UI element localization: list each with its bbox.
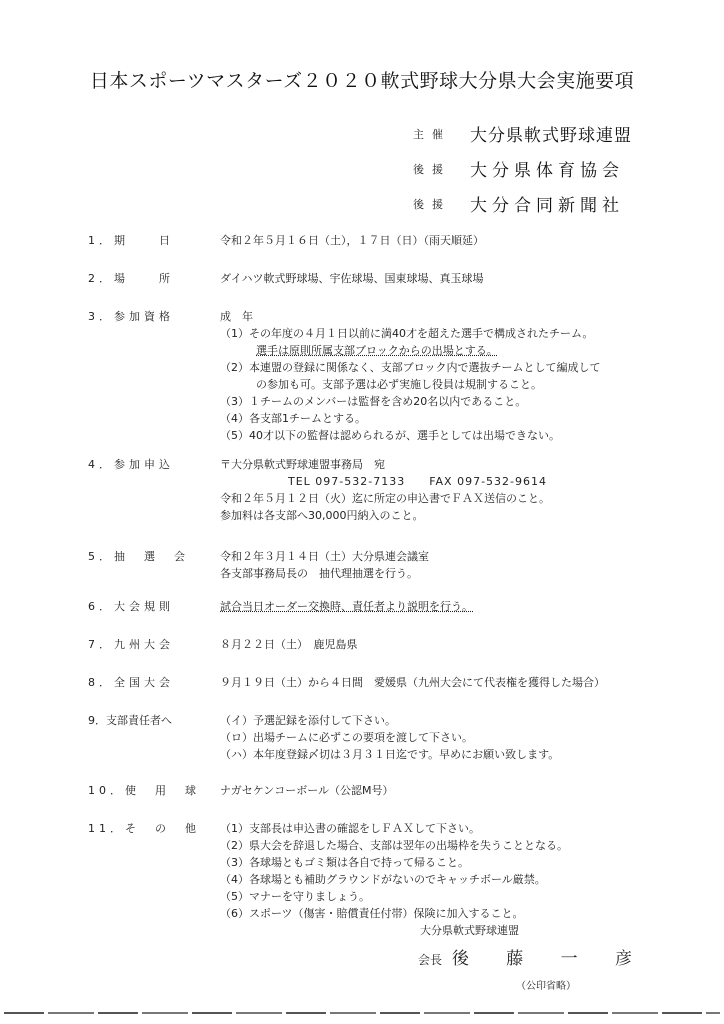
item-line: （イ）予選記録を添付して下さい。 bbox=[220, 712, 688, 729]
item-body: ナガセケンコーボール（公認M号） bbox=[220, 782, 688, 820]
item-eligibility: 3．参加資格 成 年 （1）その年度の４月１日以前に満40才を超えた選手で構成さ… bbox=[88, 308, 688, 456]
signature-block: 会長 後 藤 一 彦 bbox=[418, 944, 648, 969]
item-body: 令和２年５月１６日（土），１７日（日）（雨天順延） bbox=[220, 232, 688, 270]
item-line: 令和２年３月１４日（土）大分県連会議室 bbox=[220, 548, 688, 565]
item-line: （ロ）出場チームに必ずこの要項を渡して下さい。 bbox=[220, 729, 688, 746]
signature-name: 後 藤 一 彦 bbox=[452, 949, 648, 969]
item-application: 4．参加申込 〒大分県軟式野球連盟事務局 宛 TEL 097-532-7133 … bbox=[88, 456, 688, 548]
item-label: 10．使 用 球 bbox=[88, 782, 220, 820]
item-line: （ハ）本年度登録〆切は３月３１日迄です。早めにお願い致します。 bbox=[220, 746, 688, 763]
item-line: （4）各球場とも補助グラウンドがないのでキャッチボール厳禁。 bbox=[220, 871, 688, 888]
item-label: 7．九州大会 bbox=[88, 636, 220, 674]
item-body: 試合当日オーダー交換時、責任者より説明を行う。 bbox=[220, 598, 688, 636]
contact-line: TEL 097-532-7133 FAX 097-532-9614 bbox=[220, 473, 688, 490]
sponsor-row-supporter-2: 後援 大分合同新聞社 bbox=[413, 186, 673, 221]
item-kyushu: 7．九州大会 ８月２２日（土） 鹿児島県 bbox=[88, 636, 688, 674]
sponsor-row-supporter-1: 後援 大分県体育協会 bbox=[413, 151, 673, 186]
item-body: ダイハツ軟式野球場、宇佐球場、国東球場、真玉球場 bbox=[220, 270, 688, 308]
item-line: （3）１チームのメンバーは監督を含め20名以内であること。 bbox=[220, 393, 688, 410]
item-line: ナガセケンコーボール（公認M号） bbox=[220, 782, 688, 799]
sponsor-role: 主催 bbox=[413, 126, 470, 142]
item-label: 9．支部責任者へ bbox=[88, 712, 220, 782]
item-line: （4）各支部1チームとする。 bbox=[220, 410, 688, 427]
item-body: ９月１９日（土）から４日間 愛媛県（九州大会にて代表権を獲得した場合） bbox=[220, 674, 688, 712]
signature-title: 会長 bbox=[418, 953, 442, 967]
item-venues: 2．場 所 ダイハツ軟式野球場、宇佐球場、国東球場、真玉球場 bbox=[88, 270, 688, 308]
item-dates: 1．期 日 令和２年５月１６日（土），１７日（日）（雨天順延） bbox=[88, 232, 688, 270]
item-line: （2）県大会を辞退した場合、支部は翌年の出場枠を失うこととなる。 bbox=[220, 837, 688, 854]
item-other: 11．そ の 他 （1）支部長は申込書の確認をしＦＡＸして下さい。 （2）県大会… bbox=[88, 820, 688, 924]
item-label: 5．抽 選 会 bbox=[88, 548, 220, 598]
item-line: の参加も可。支部予選は必ず実施し役員は規制すること。 bbox=[220, 376, 688, 393]
sponsor-list: 主催 大分県軟式野球連盟 後援 大分県体育協会 後援 大分合同新聞社 bbox=[413, 116, 673, 221]
item-body: ８月２２日（土） 鹿児島県 bbox=[220, 636, 688, 674]
item-body: （イ）予選記録を添付して下さい。 （ロ）出場チームに必ずこの要項を渡して下さい。… bbox=[220, 712, 688, 782]
item-label: 3．参加資格 bbox=[88, 308, 220, 456]
item-label: 2．場 所 bbox=[88, 270, 220, 308]
item-line: 各支部事務局長の 抽代理抽選を行う。 bbox=[220, 565, 688, 582]
item-body: （1）支部長は申込書の確認をしＦＡＸして下さい。 （2）県大会を辞退した場合、支… bbox=[220, 820, 688, 924]
item-line: ９月１９日（土）から４日間 愛媛県（九州大会にて代表権を獲得した場合） bbox=[220, 674, 688, 691]
item-line: （6）スポーツ（傷害・賠償責任付帯）保険に加入すること。 bbox=[220, 905, 688, 922]
item-label: 4．参加申込 bbox=[88, 456, 220, 548]
document-page: 日本スポーツマスターズ２０２０軟式野球大分県大会実施要項 主催 大分県軟式野球連… bbox=[0, 0, 724, 1024]
signature-organization: 大分県軟式野球連盟 bbox=[420, 922, 519, 938]
item-body: 令和２年３月１４日（土）大分県連会議室 各支部事務局長の 抽代理抽選を行う。 bbox=[220, 548, 688, 598]
item-label: 11．そ の 他 bbox=[88, 820, 220, 924]
item-lottery: 5．抽 選 会 令和２年３月１４日（土）大分県連会議室 各支部事務局長の 抽代理… bbox=[88, 548, 688, 598]
item-line-underlined: 試合当日オーダー交換時、責任者より説明を行う。 bbox=[220, 600, 473, 613]
item-body: 〒大分県軟式野球連盟事務局 宛 TEL 097-532-7133 FAX 097… bbox=[220, 456, 688, 548]
sponsor-role: 後援 bbox=[413, 161, 470, 177]
item-branch: 9．支部責任者へ （イ）予選記録を添付して下さい。 （ロ）出場チームに必ずこの要… bbox=[88, 712, 688, 782]
item-line: 〒大分県軟式野球連盟事務局 宛 bbox=[220, 456, 688, 473]
item-line: 参加料は各支部へ30,000円納入のこと。 bbox=[220, 507, 688, 524]
item-body: 成 年 （1）その年度の４月１日以前に満40才を超えた選手で構成されたチーム。 … bbox=[220, 308, 688, 456]
sponsor-name: 大分合同新聞社 bbox=[470, 191, 624, 216]
item-line: （3）各球場ともゴミ類は各自で持って帰ること。 bbox=[220, 854, 688, 871]
item-ball: 10．使 用 球 ナガセケンコーボール（公認M号） bbox=[88, 782, 688, 820]
item-national: 8．全国大会 ９月１９日（土）から４日間 愛媛県（九州大会にて代表権を獲得した場… bbox=[88, 674, 688, 712]
item-label: 1．期 日 bbox=[88, 232, 220, 270]
scan-edge-line bbox=[4, 1012, 720, 1014]
item-line: （1）支部長は申込書の確認をしＦＡＸして下さい。 bbox=[220, 820, 688, 837]
item-line: 成 年 bbox=[220, 308, 688, 325]
item-line: ８月２２日（土） 鹿児島県 bbox=[220, 636, 688, 653]
document-title: 日本スポーツマスターズ２０２０軟式野球大分県大会実施要項 bbox=[0, 66, 724, 93]
item-line-underlined: 選手は原則所属支部ブロックからの出場とする。 bbox=[256, 344, 498, 357]
item-line: （5）マナーを守りましょう。 bbox=[220, 888, 688, 905]
item-label: 6．大会規則 bbox=[88, 598, 220, 636]
item-line: 令和２年５月１６日（土），１７日（日）（雨天順延） bbox=[220, 232, 688, 249]
item-label: 8．全国大会 bbox=[88, 674, 220, 712]
item-line: ダイハツ軟式野球場、宇佐球場、国東球場、真玉球場 bbox=[220, 270, 688, 287]
item-rules: 6．大会規則 試合当日オーダー交換時、責任者より説明を行う。 bbox=[88, 598, 688, 636]
item-line: 令和２年５月１２日（火）迄に所定の申込書でＦＡＸ送信のこと。 bbox=[220, 490, 688, 507]
item-line: （5）40才以下の監督は認められるが、選手としては出場できない。 bbox=[220, 427, 688, 444]
item-line: （2）本連盟の登録に関係なく、支部ブロック内で選抜チームとして編成して bbox=[220, 359, 688, 376]
sponsor-row-organizer: 主催 大分県軟式野球連盟 bbox=[413, 116, 673, 151]
item-line: （1）その年度の４月１日以前に満40才を超えた選手で構成されたチーム。 bbox=[220, 325, 688, 342]
sponsor-name: 大分県軟式野球連盟 bbox=[470, 121, 632, 146]
sponsor-name: 大分県体育協会 bbox=[470, 156, 624, 181]
seal-omitted-note: （公印省略） bbox=[516, 977, 576, 992]
item-list: 1．期 日 令和２年５月１６日（土），１７日（日）（雨天順延） 2．場 所 ダイ… bbox=[88, 232, 688, 924]
sponsor-role: 後援 bbox=[413, 196, 470, 212]
